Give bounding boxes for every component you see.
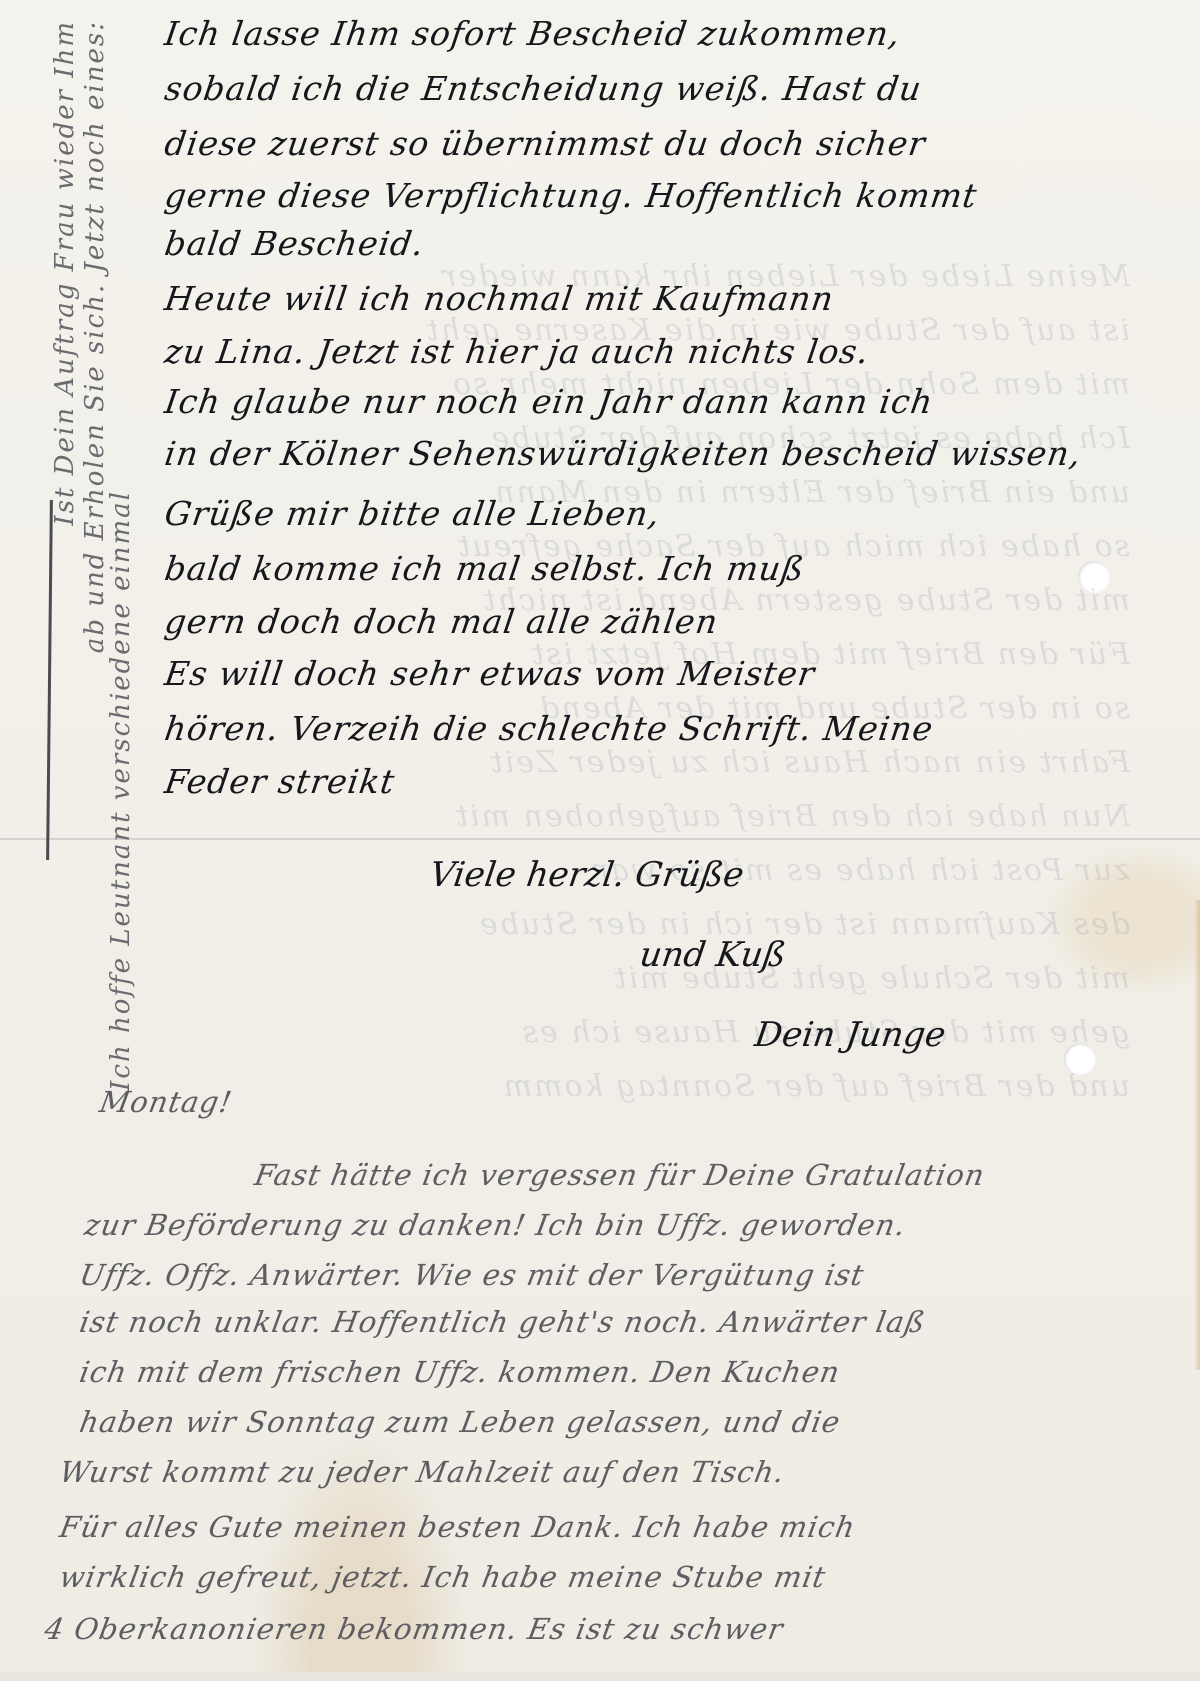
margin-note-line: Ist Dein Auftrag Frau wieder Ihm xyxy=(50,20,80,526)
margin-note-line: Ich hoffe Leutnant verschiedene einmal xyxy=(106,490,136,1091)
letter-line: Feder streikt xyxy=(162,762,397,801)
edge-stain xyxy=(1194,900,1200,1370)
postscript-line: Fast hätte ich vergessen für Deine Gratu… xyxy=(252,1158,988,1192)
postscript-line: Für alles Gute meinen besten Dank. Ich h… xyxy=(57,1510,858,1544)
letter-line: gerne diese Verpflichtung. Hoffentlich k… xyxy=(162,176,980,215)
letter-line: in der Kölner Sehenswürdigkeiten beschei… xyxy=(162,434,1084,473)
letter-line: Ich glaube nur noch ein Jahr dann kann i… xyxy=(162,382,936,421)
letter-line: sobald ich die Entscheidung weiß. Hast d… xyxy=(162,69,924,108)
letter-line: bald komme ich mal selbst. Ich muß xyxy=(162,549,807,588)
postscript-line: ist noch unklar. Hoffentlich geht's noch… xyxy=(77,1305,928,1339)
postscript-line: wirklich gefreut, jetzt. Ich habe meine … xyxy=(57,1560,829,1594)
letter-line: hören. Verzeih die schlechte Schrift. Me… xyxy=(162,709,936,748)
letter-line: gern doch doch mal alle zählen xyxy=(162,602,721,641)
letter-line: bald Bescheid. xyxy=(162,224,427,263)
letter-line: Heute will ich nochmal mit Kaufmann xyxy=(162,279,836,318)
postscript-line: Wurst kommt zu jeder Mahlzeit auf den Ti… xyxy=(57,1455,788,1489)
margin-rule-line xyxy=(46,500,53,860)
closing-greeting: Viele herzl. Grüße xyxy=(427,855,746,895)
letter-line: Es will doch sehr etwas vom Meister xyxy=(162,654,817,693)
signature: Dein Junge xyxy=(752,1015,948,1055)
letter-line: Ich lasse Ihm sofort Bescheid zukommen, xyxy=(162,14,903,53)
letter-page: Meine Liebe der Lieben ihr kann wieder i… xyxy=(0,0,1200,1672)
letter-line: zu Lina. Jetzt ist hier ja auch nichts l… xyxy=(162,332,872,371)
closing-kiss: und Kuß xyxy=(637,935,788,975)
postscript-line: zur Beförderung zu danken! Ich bin Uffz.… xyxy=(82,1208,909,1242)
letter-line: diese zuerst so übernimmst du doch siche… xyxy=(162,124,928,163)
postscript-line: ich mit dem frischen Uffz. kommen. Den K… xyxy=(77,1355,843,1389)
letter-line: Grüße mir bitte alle Lieben, xyxy=(162,494,662,533)
postscript-line: 4 Oberkanonieren bekommen. Es ist zu sch… xyxy=(42,1612,786,1646)
margin-note: ab und Erholen Sie sich. Jetzt noch eine… xyxy=(10,20,170,1000)
postscript-heading: Montag! xyxy=(97,1085,235,1119)
postscript-line: haben wir Sonntag zum Leben gelassen, un… xyxy=(77,1405,843,1439)
postscript-line: Uffz. Offz. Anwärter. Wie es mit der Ver… xyxy=(77,1258,867,1292)
